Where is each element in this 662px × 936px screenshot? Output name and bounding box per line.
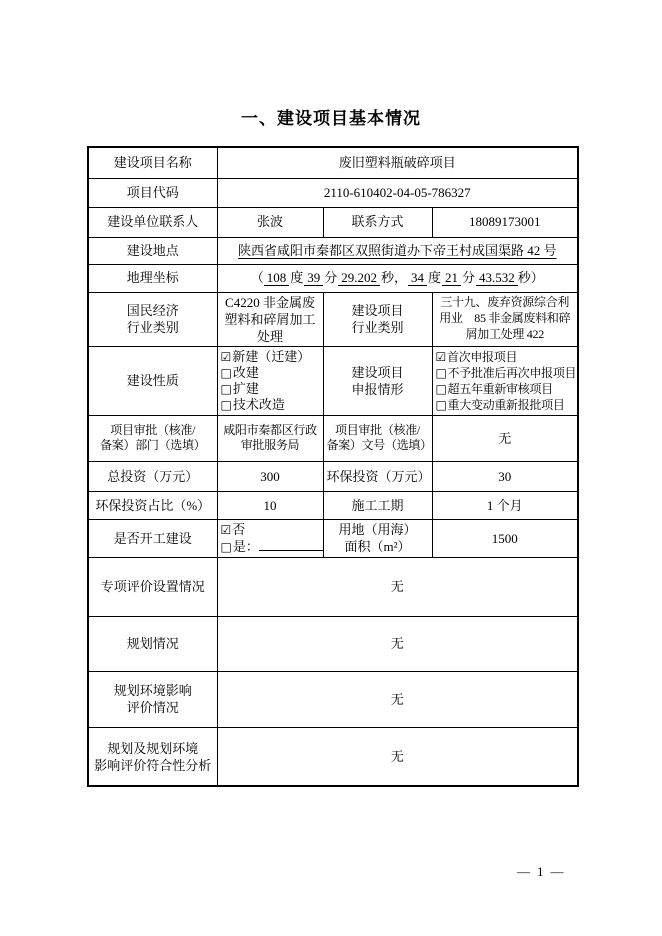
- planning-env-label: 规划环境影响 评价情况: [88, 671, 217, 727]
- page-footer: —1—: [517, 864, 564, 880]
- option-label: 是：: [233, 539, 259, 554]
- label-line: 行业类别: [92, 319, 214, 336]
- env-investment-ratio-value: 10: [217, 491, 323, 519]
- label-line: 备案）部门（选填）: [92, 438, 214, 454]
- contact-person-label: 建设单位联系人: [88, 207, 217, 237]
- project-name-label: 建设项目名称: [88, 147, 217, 178]
- planning-analysis-label: 规划及规划环境 影响评价符合性分析: [88, 727, 217, 786]
- project-info-table: 建设项目名称 废旧塑料瓶破碎项目 项目代码 2110-610402-04-05-…: [87, 146, 579, 787]
- construction-nature-label: 建设性质: [88, 346, 217, 415]
- checkbox-unchecked-icon: □: [436, 382, 447, 396]
- checkbox-unchecked-icon: □: [221, 382, 232, 396]
- option-new-build: ☑新建（迁建）: [221, 349, 322, 365]
- minute-unit: 分: [462, 270, 475, 285]
- approval-dept-label: 项目审批（核准/ 备案）部门（选填）: [88, 415, 217, 461]
- option-label: 改建: [233, 365, 259, 380]
- option-redeclare-after-rejection: □不予批准后再次申报项目: [436, 365, 577, 381]
- option-tech-upgrade: □技术改造: [221, 397, 322, 413]
- table-row: 专项评价设置情况 无: [88, 557, 578, 616]
- checkbox-checked-icon: ☑: [221, 523, 232, 537]
- table-row: 建设项目名称 废旧塑料瓶破碎项目: [88, 147, 578, 178]
- table-row: 规划及规划环境 影响评价符合性分析 无: [88, 727, 578, 786]
- checkbox-unchecked-icon: □: [436, 398, 447, 412]
- option-rebuild: □改建: [221, 365, 322, 381]
- page-title: 一、建设项目基本情况: [0, 104, 662, 129]
- minute-unit: 分: [324, 270, 337, 285]
- approval-dept-value: 咸阳市秦都区行政审批服务局: [217, 415, 323, 461]
- planning-value: 无: [217, 616, 578, 671]
- location-value-cell: 陕西省咸阳市秦都区双照街道办下帝王村成国渠路 42 号: [217, 237, 578, 264]
- table-row: 环保投资占比（%） 10 施工工期 1 个月: [88, 491, 578, 519]
- coordinates-label: 地理坐标: [88, 264, 217, 292]
- option-label: 扩建: [233, 381, 259, 396]
- national-industry-label: 国民经济 行业类别: [88, 292, 217, 346]
- label-line: 项目审批（核准/: [92, 423, 214, 439]
- total-investment-value: 300: [217, 461, 323, 491]
- option-label: 超五年重新审核项目: [448, 382, 553, 396]
- declaration-type-options: ☑首次申报项目 □不予批准后再次申报项目 □超五年重新审核项目 □重大变动重新报…: [432, 346, 578, 415]
- latitude-minutes: 21: [442, 270, 461, 286]
- env-investment-label: 环保投资（万元）: [323, 461, 432, 491]
- option-label: 不予批准后再次申报项目: [448, 366, 577, 380]
- label-line: 规划环境影响: [92, 682, 214, 699]
- env-investment-ratio-label: 环保投资占比（%）: [88, 491, 217, 519]
- coordinates-value: （108度39分29.202秒，34度21分43.532秒）: [217, 264, 578, 292]
- special-eval-value: 无: [217, 557, 578, 616]
- planning-label: 规划情况: [88, 616, 217, 671]
- table-row: 项目代码 2110-610402-04-05-786327: [88, 178, 578, 207]
- label-line: 项目审批（核准/: [327, 423, 429, 439]
- latitude-degrees: 34: [408, 270, 427, 286]
- checkbox-checked-icon: ☑: [221, 350, 232, 364]
- footer-dash: —: [517, 864, 530, 879]
- label-line: 建设项目: [327, 302, 429, 319]
- second-unit-paren-close: 秒）: [518, 270, 544, 285]
- construction-started-label: 是否开工建设: [88, 519, 217, 557]
- option-no: ☑否: [221, 522, 322, 538]
- project-code-value: 2110-610402-04-05-786327: [217, 178, 578, 207]
- option-label: 重大变动重新报批项目: [448, 398, 565, 412]
- contact-person-value: 张波: [217, 207, 323, 237]
- table-row: 总投资（万元） 300 环保投资（万元） 30: [88, 461, 578, 491]
- construction-period-label: 施工工期: [323, 491, 432, 519]
- option-first-declaration: ☑首次申报项目: [436, 349, 577, 365]
- footer-dash: —: [551, 864, 564, 879]
- table-row: 项目审批（核准/ 备案）部门（选填） 咸阳市秦都区行政审批服务局 项目审批（核准…: [88, 415, 578, 461]
- land-area-value: 1500: [432, 519, 578, 557]
- second-unit-comma: 秒，: [381, 270, 407, 285]
- longitude-seconds: 29.202: [338, 270, 380, 286]
- approval-doc-label: 项目审批（核准/ 备案）文号（选填）: [323, 415, 432, 461]
- special-eval-label: 专项评价设置情况: [88, 557, 217, 616]
- degree-unit: 度: [428, 270, 441, 285]
- table-row: 规划环境影响 评价情况 无: [88, 671, 578, 727]
- construction-period-value: 1 个月: [432, 491, 578, 519]
- planning-env-value: 无: [217, 671, 578, 727]
- checkbox-checked-icon: ☑: [436, 350, 446, 364]
- option-five-year-review: □超五年重新审核项目: [436, 381, 577, 397]
- checkbox-unchecked-icon: □: [221, 366, 232, 380]
- label-line: 建设项目: [327, 364, 429, 381]
- option-label: 技术改造: [233, 397, 285, 412]
- table-row: 建设性质 ☑新建（迁建） □改建 □扩建 □技术改造 建设项目 申报情形 ☑首次…: [88, 346, 578, 415]
- table-row: 规划情况 无: [88, 616, 578, 671]
- longitude-degrees: 108: [264, 270, 290, 286]
- page-number: 1: [537, 864, 544, 879]
- table-row: 建设地点 陕西省咸阳市秦都区双照街道办下帝王村成国渠路 42 号: [88, 237, 578, 264]
- option-expand: □扩建: [221, 381, 322, 397]
- contact-method-label: 联系方式: [323, 207, 432, 237]
- option-major-change-redeclare: □重大变动重新报批项目: [436, 397, 577, 413]
- contact-phone-value: 18089173001: [432, 207, 578, 237]
- label-line: 行业类别: [327, 319, 429, 336]
- paren-open: （: [251, 270, 264, 285]
- declaration-type-label: 建设项目 申报情形: [323, 346, 432, 415]
- label-line: 评价情况: [92, 699, 214, 716]
- option-yes: □是：: [221, 538, 322, 555]
- location-label: 建设地点: [88, 237, 217, 264]
- option-label: 新建（迁建）: [232, 349, 310, 364]
- project-name-value: 废旧塑料瓶破碎项目: [217, 147, 578, 178]
- document-page: 一、建设项目基本情况 建设项目名称 废旧塑料瓶破碎项目 项目代码 2110-61…: [0, 0, 662, 936]
- table-row: 地理坐标 （108度39分29.202秒，34度21分43.532秒）: [88, 264, 578, 292]
- option-label: 否: [232, 522, 245, 537]
- construction-nature-options: ☑新建（迁建） □改建 □扩建 □技术改造: [217, 346, 323, 415]
- fill-in-blank-line: [259, 538, 323, 551]
- project-code-label: 项目代码: [88, 178, 217, 207]
- label-line: 面积（m²）: [327, 538, 429, 555]
- longitude-minutes: 39: [304, 270, 323, 286]
- label-line: 影响评价符合性分析: [92, 757, 214, 774]
- construction-started-options: ☑否 □是：: [217, 519, 323, 557]
- table-row: 建设单位联系人 张波 联系方式 18089173001: [88, 207, 578, 237]
- env-investment-value: 30: [432, 461, 578, 491]
- approval-doc-value: 无: [432, 415, 578, 461]
- checkbox-unchecked-icon: □: [221, 540, 232, 554]
- label-line: 国民经济: [92, 302, 214, 319]
- total-investment-label: 总投资（万元）: [88, 461, 217, 491]
- table-row: 国民经济 行业类别 C4220 非金属废塑料和碎屑加工处理 建设项目 行业类别 …: [88, 292, 578, 346]
- checkbox-unchecked-icon: □: [221, 398, 232, 412]
- location-value: 陕西省咸阳市秦都区双照街道办下帝王村成国渠路 42 号: [238, 243, 557, 258]
- label-line: 申报情形: [327, 381, 429, 398]
- label-line: 用地（用海）: [327, 521, 429, 538]
- project-industry-label: 建设项目 行业类别: [323, 292, 432, 346]
- project-industry-value: 三十九、废弃资源综合利用业 85 非金属废料和碎屑加工处理 422: [432, 292, 578, 346]
- checkbox-unchecked-icon: □: [436, 366, 447, 380]
- table-row: 是否开工建设 ☑否 □是： 用地（用海） 面积（m²） 1500: [88, 519, 578, 557]
- latitude-seconds: 43.532: [476, 270, 518, 286]
- land-area-label: 用地（用海） 面积（m²）: [323, 519, 432, 557]
- planning-analysis-value: 无: [217, 727, 578, 786]
- degree-unit: 度: [290, 270, 303, 285]
- national-industry-value: C4220 非金属废塑料和碎屑加工处理: [217, 292, 323, 346]
- label-line: 规划及规划环境: [92, 740, 214, 757]
- option-label: 首次申报项目: [447, 350, 517, 364]
- label-line: 备案）文号（选填）: [327, 438, 429, 454]
